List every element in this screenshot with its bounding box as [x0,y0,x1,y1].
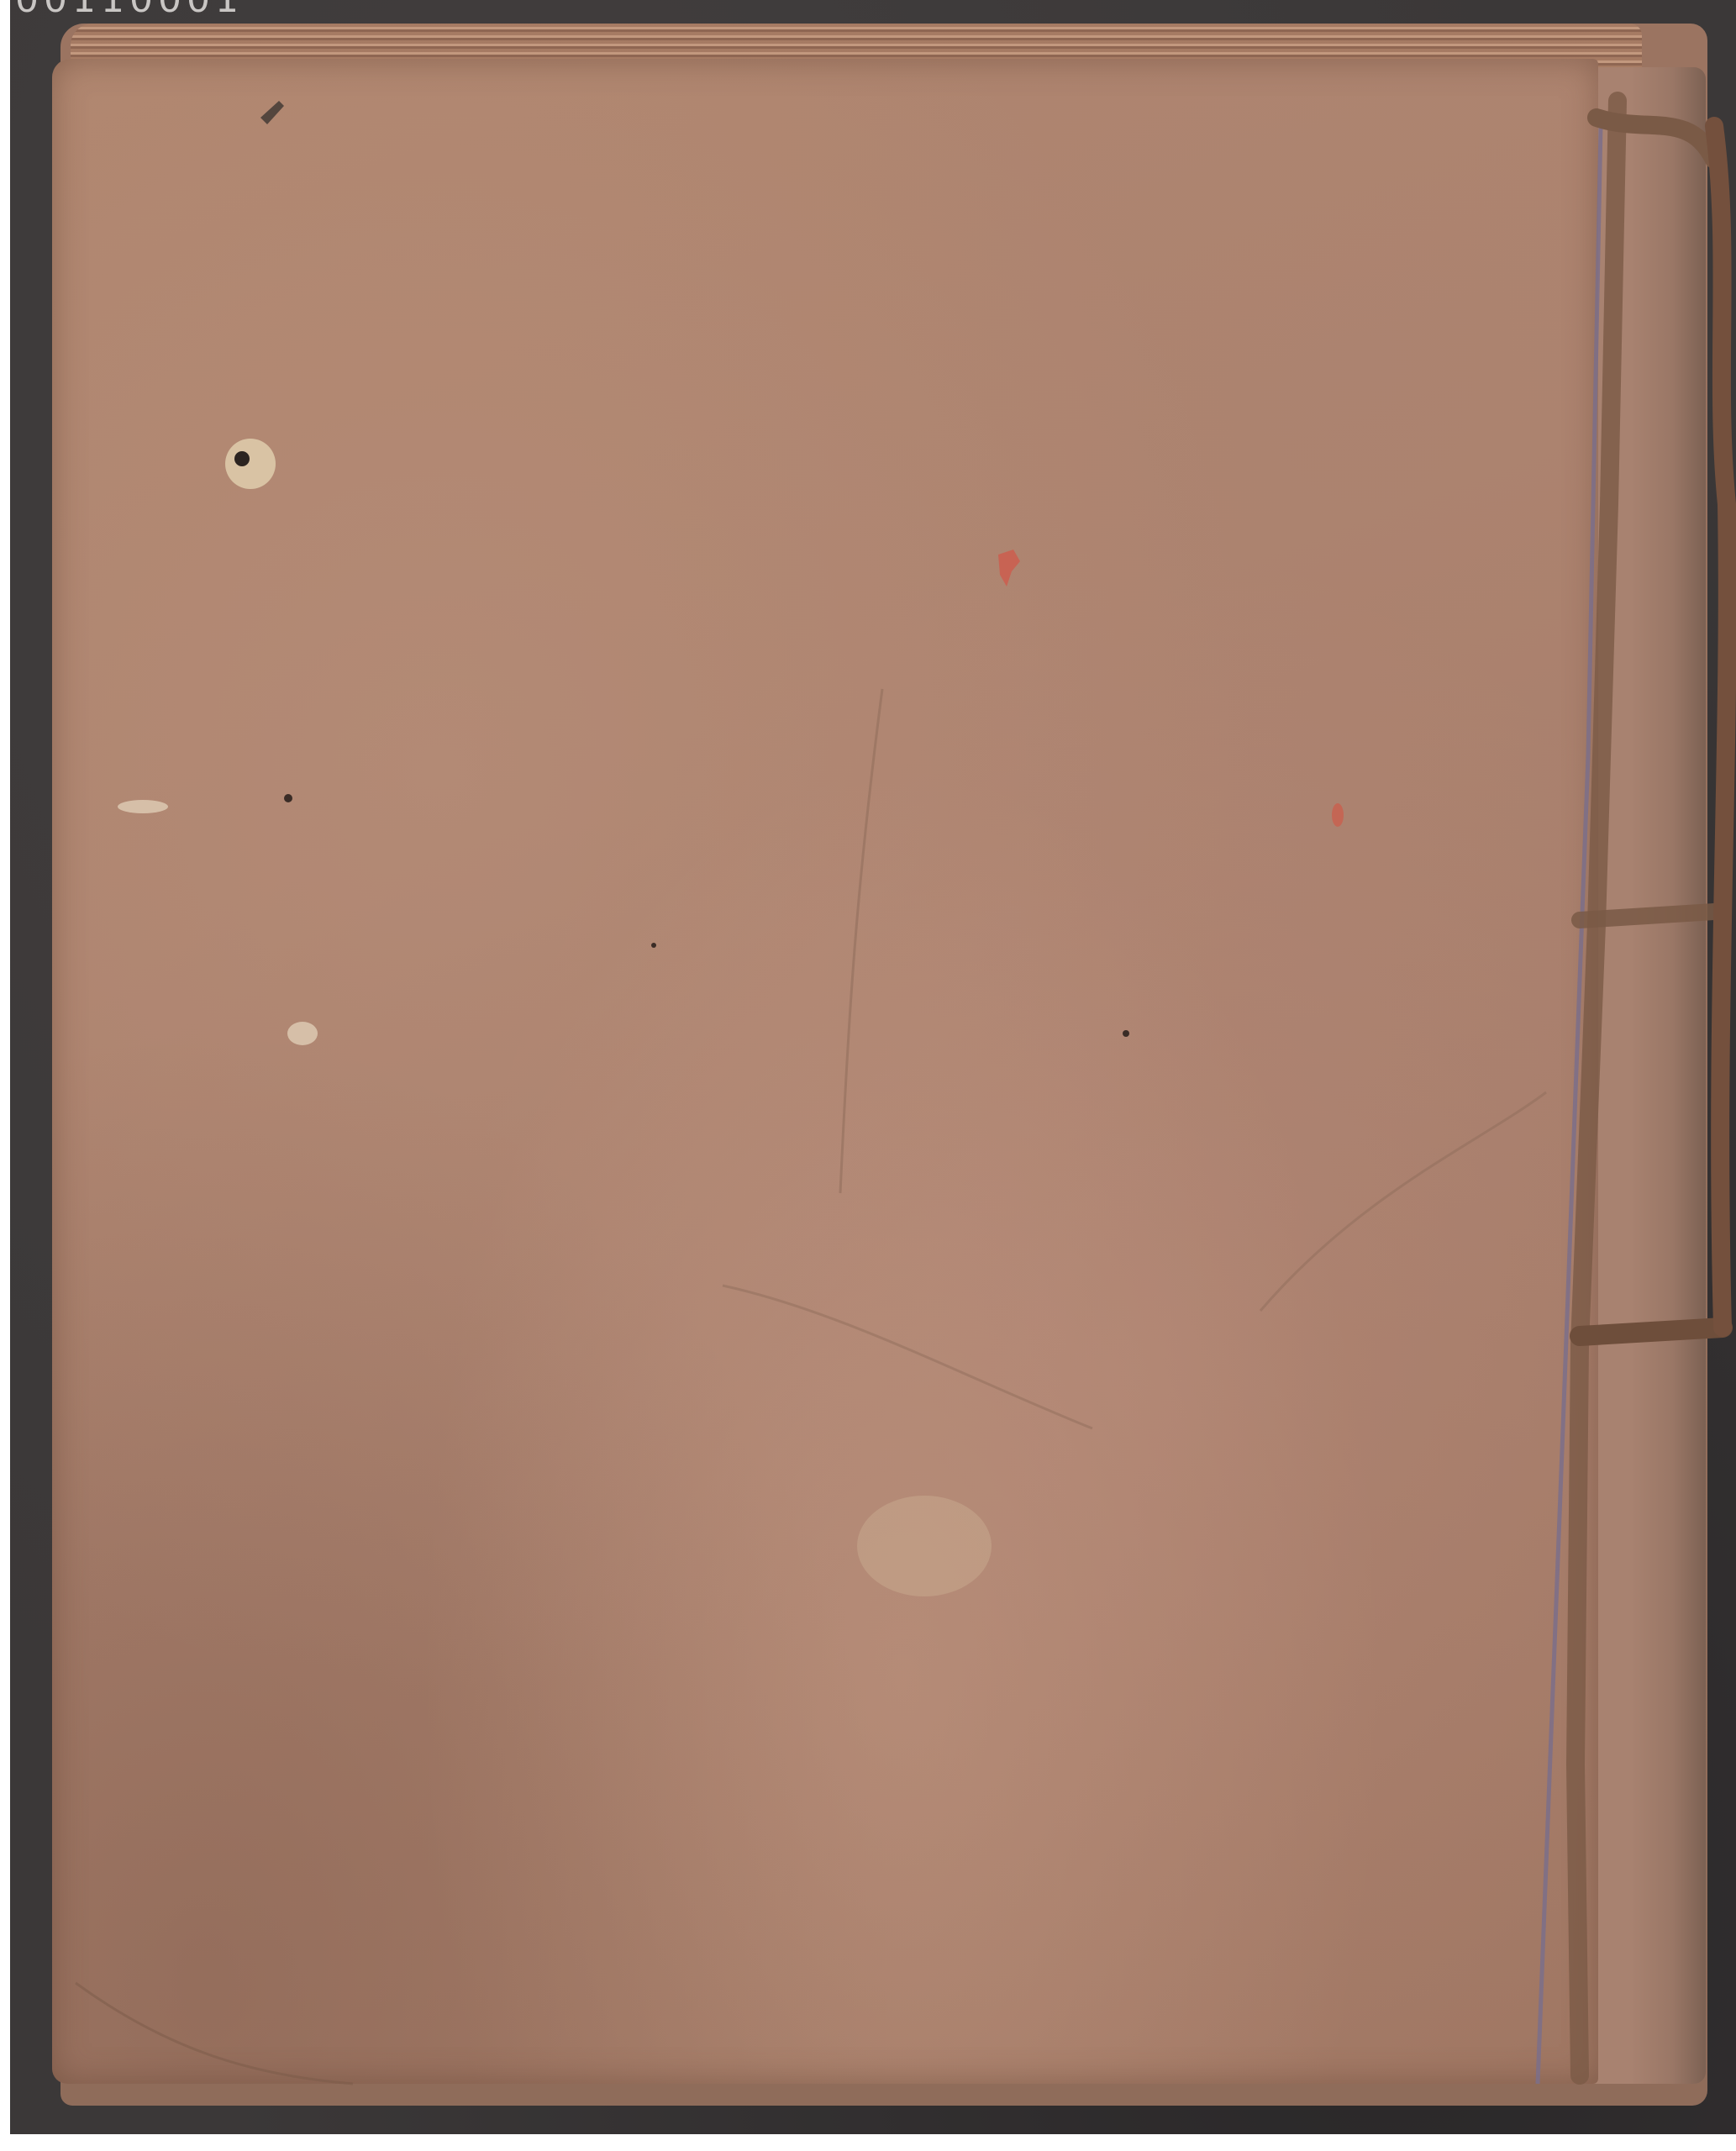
cover-details [0,0,1736,2151]
